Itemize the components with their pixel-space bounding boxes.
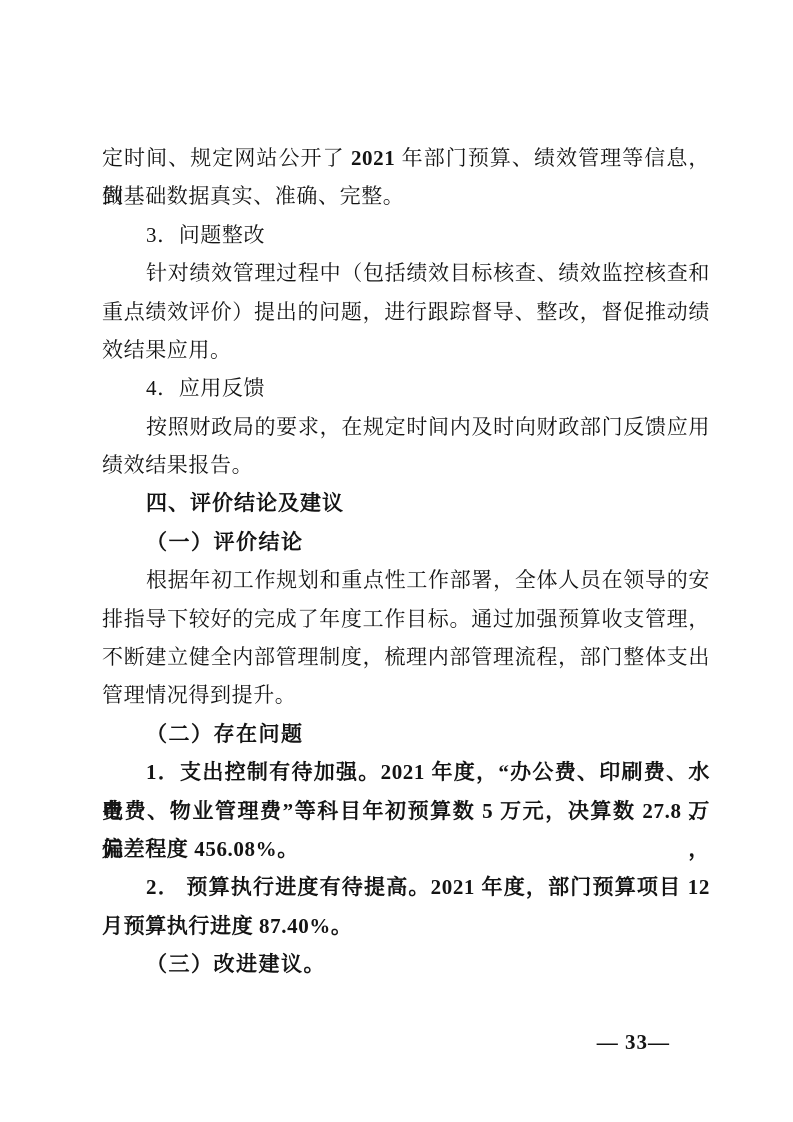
text-line: 排指导下较好的完成了年度工作目标。通过加强预算收支管理，	[102, 600, 710, 638]
text-line: （三）改进建议。	[102, 945, 710, 983]
document-body: 定时间、规定网站公开了 2021 年部门预算、绩效管理等信息，做到基础数据真实、…	[102, 139, 710, 984]
text-segment: （三）改进建议。	[146, 952, 326, 976]
text-segment: 定时间、规定网站公开了	[102, 146, 351, 170]
text-segment: 不断建立健全内部管理制度，梳理内部管理流程，部门整体支出	[102, 645, 710, 669]
text-segment: 偏差程度 456.08%。	[102, 837, 299, 861]
text-line: 管理情况得到提升。	[102, 676, 710, 714]
text-line: 根据年初工作规划和重点性工作部署，全体人员在领导的安	[102, 561, 710, 599]
text-line: 效结果应用。	[102, 331, 710, 369]
text-line: 3．问题整改	[102, 216, 710, 254]
text-segment: 2． 预算执行进度有待提高。2021 年度，部门预算项目 12	[146, 875, 710, 899]
text-line: 重点绩效评价）提出的问题，进行跟踪督导、整改，督促推动绩	[102, 293, 710, 331]
text-line: 针对绩效管理过程中（包括绩效目标核查、绩效监控核查和	[102, 254, 710, 292]
text-segment: 重点绩效评价）提出的问题，进行跟踪督导、整改，督促推动绩	[102, 300, 710, 324]
text-segment: 4．应用反馈	[146, 376, 265, 400]
text-segment: （一）评价结论	[146, 530, 304, 554]
page-number: — 33—	[0, 1027, 670, 1057]
text-line: 不断建立健全内部管理制度，梳理内部管理流程，部门整体支出	[102, 638, 710, 676]
text-line: 电费、物业管理费”等科目年初预算数 5 万元，决算数 27.8 万元，	[102, 792, 710, 830]
bold-number: 2021	[351, 146, 395, 170]
text-segment: 根据年初工作规划和重点性工作部署，全体人员在领导的安	[146, 568, 710, 592]
text-segment: 四、评价结论及建议	[146, 492, 344, 515]
text-segment: （二）存在问题	[146, 722, 304, 746]
text-line: 按照财政局的要求，在规定时间内及时向财政部门反馈应用	[102, 408, 710, 446]
text-segment: 绩效结果报告。	[102, 453, 253, 477]
text-segment: 效结果应用。	[102, 338, 232, 362]
text-segment: 针对绩效管理过程中（包括绩效目标核查、绩效监控核查和	[146, 261, 710, 285]
text-segment: 月预算执行进度 87.40%。	[102, 914, 353, 938]
text-segment: 到基础数据真实、准确、完整。	[102, 184, 404, 208]
text-line: 到基础数据真实、准确、完整。	[102, 177, 710, 215]
text-segment: 按照财政局的要求，在规定时间内及时向财政部门反馈应用	[146, 415, 710, 439]
text-line: （一）评价结论	[102, 523, 710, 561]
text-segment: 管理情况得到提升。	[102, 683, 296, 707]
text-line: 绩效结果报告。	[102, 446, 710, 484]
text-line: 2． 预算执行进度有待提高。2021 年度，部门预算项目 12	[102, 868, 710, 906]
text-segment: 排指导下较好的完成了年度工作目标。通过加强预算收支管理，	[102, 607, 710, 631]
text-line: 四、评价结论及建议	[102, 485, 710, 523]
text-line: （二）存在问题	[102, 715, 710, 753]
text-segment: 3．问题整改	[146, 223, 265, 247]
text-line: 月预算执行进度 87.40%。	[102, 907, 710, 945]
text-line: 4．应用反馈	[102, 369, 710, 407]
text-line: 定时间、规定网站公开了 2021 年部门预算、绩效管理等信息，做	[102, 139, 710, 177]
text-line: 1．支出控制有待加强。2021 年度，“办公费、印刷费、水费、	[102, 753, 710, 791]
